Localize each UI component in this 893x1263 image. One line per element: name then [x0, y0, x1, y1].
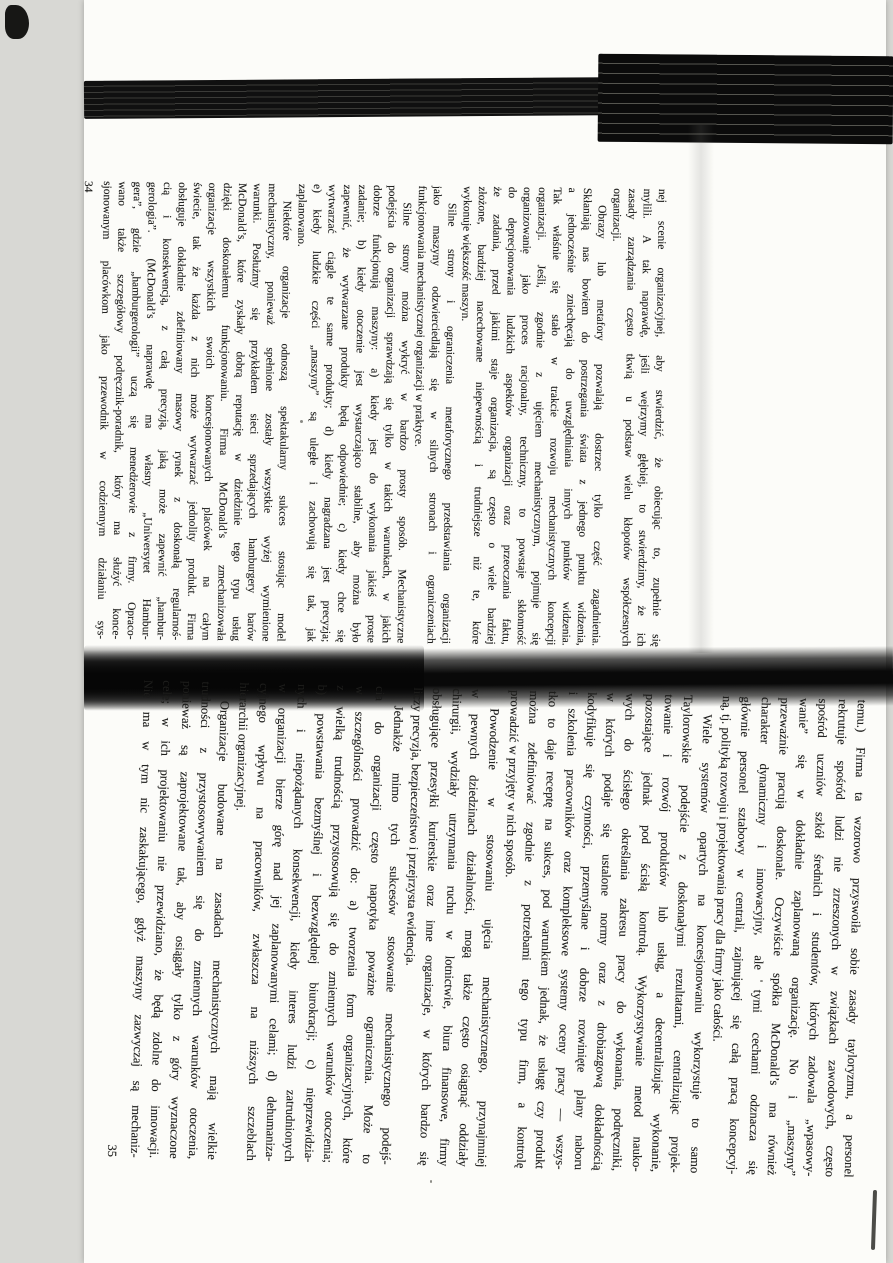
page-35-text: temu.) Firma ta wzorowo przyswoiła sobie…	[125, 680, 871, 1178]
page-34-text: nej scenie organizacyjnej, aby stwierdzi…	[93, 181, 669, 647]
scan-speck	[760, 980, 763, 982]
page-block-edge-top-right	[598, 54, 893, 145]
scan-speck	[520, 250, 522, 252]
page-35: temu.) Firma ta wzorowo przyswoiła sobie…	[116, 679, 871, 1178]
page-curvature-shadow	[688, 125, 714, 653]
book-scan: nej scenie organizacyjnej, aby stwierdzi…	[0, 0, 893, 1263]
page-block-edge-top	[84, 77, 624, 119]
scan-speck	[430, 1180, 432, 1183]
scan-corner-artifact	[5, 5, 29, 39]
page-34: nej scenie organizacyjnej, aby stwierdzi…	[91, 181, 669, 647]
scan-speck	[300, 420, 303, 423]
